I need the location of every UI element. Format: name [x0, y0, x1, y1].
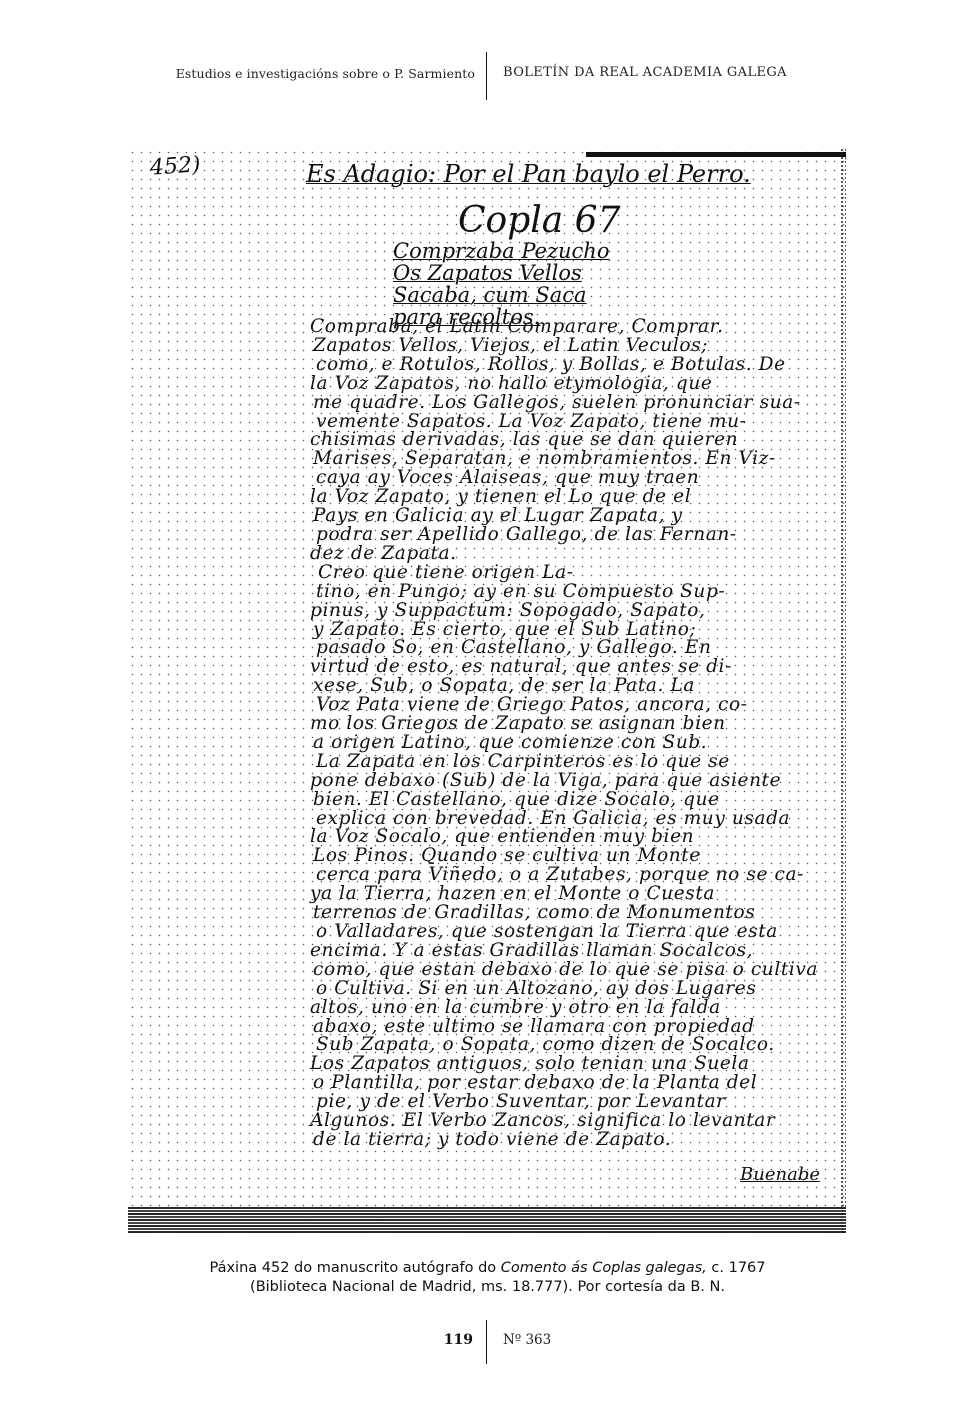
- commentary-line: Voz Pata viene de Griego Patos, ancora, …: [138, 696, 828, 715]
- commentary-line: Los Pinos. Quando se cultiva un Monte: [138, 847, 828, 866]
- commentary-line: como, e Rotulos, Rollos, y Bollas, e Bot…: [138, 356, 828, 375]
- manuscript-signature: Buenabe: [740, 1164, 820, 1185]
- caption-date: c. 1767: [707, 1260, 766, 1276]
- commentary-line: de la tierra; y todo viene de Zapato.: [138, 1131, 828, 1150]
- commentary-line: Compraba, el Latin Comparare, Comprar.: [138, 318, 828, 337]
- commentary-line: pone debaxo (Sub) de la Viga, para que a…: [138, 772, 828, 791]
- page-footer: 119 Nº 363: [0, 1320, 975, 1364]
- running-head-journal-title: BOLETÍN DA REAL ACADEMIA GALEGA: [503, 65, 787, 80]
- commentary-line: vemente Sapatos. La Voz Zapato, tiene mu…: [138, 413, 828, 432]
- commentary-line: pie, y de el Verbo Suventar, por Levanta…: [138, 1093, 828, 1112]
- commentary-line: Sub Zapata, o Sopata, como dizen de Soca…: [138, 1036, 828, 1055]
- commentary-line: a origen Latino, que comienze con Sub.: [138, 734, 828, 753]
- caption-line-1: Páxina 452 do manuscrito autógrafo do Co…: [0, 1259, 975, 1278]
- commentary-line: la Voz Zapatos, no hallo etymologia, que: [138, 375, 828, 394]
- manuscript-facsimile: 452) Es Adagio: Por el Pan baylo el Perr…: [128, 148, 846, 1233]
- commentary-line: podra ser Apellido Gallego, de las Ferna…: [138, 526, 828, 545]
- page-number: 119: [444, 1332, 473, 1348]
- issue-number: Nº 363: [503, 1332, 551, 1348]
- scan-edge-top: [586, 152, 846, 157]
- figure-caption: Páxina 452 do manuscrito autógrafo do Co…: [0, 1259, 975, 1297]
- manuscript-heading: Es Adagio: Por el Pan baylo el Perro.: [306, 160, 826, 188]
- commentary-line: xese, Sub, o Sopata, de ser la Pata. La: [138, 677, 828, 696]
- commentary-line: caya ay Voces Alaiseas, que muy traen: [138, 469, 828, 488]
- commentary-line: virtud de esto, es natural, que antes se…: [138, 658, 828, 677]
- commentary-line: altos, uno en la cumbre y otro en la fal…: [138, 999, 828, 1018]
- commentary-line: ya la Tierra, hazen en el Monte o Cuesta: [138, 885, 828, 904]
- manuscript-verse: Comprzaba Pezucho Os Zapatos Vellos Saca…: [393, 240, 713, 328]
- commentary-line: Zapatos Vellos, Viejos, el Latin Veculos…: [138, 337, 828, 356]
- footer-divider: [486, 1320, 487, 1364]
- commentary-line: Algunos. El Verbo Zancos, significa lo l…: [138, 1112, 828, 1131]
- commentary-line: chisimas derivadas, las que se dan quier…: [138, 431, 828, 450]
- commentary-line: dez de Zapata.: [138, 545, 828, 564]
- commentary-line: tino, en Pungo; ay en su Compuesto Sup-: [138, 583, 828, 602]
- manuscript-folio-number: 452): [149, 152, 201, 180]
- commentary-line: me quadre. Los Gallegos, suelen pronunci…: [138, 394, 828, 413]
- commentary-line: Marises, Separatan, e nombramientos. En …: [138, 450, 828, 469]
- commentary-line: encima. Y a estas Gradillas llaman Socal…: [138, 942, 828, 961]
- verse-line: Comprzaba Pezucho: [393, 240, 713, 262]
- caption-text: Páxina 452 do manuscrito autógrafo do: [209, 1260, 500, 1276]
- commentary-line: o Cultiva. Si en un Altozano, ay dos Lug…: [138, 980, 828, 999]
- verse-line: Sacaba, cum Saca: [393, 284, 713, 306]
- commentary-line: mo los Griegos de Zapato se asignan bien: [138, 715, 828, 734]
- verse-line: Os Zapatos Vellos: [393, 262, 713, 284]
- commentary-line: la Voz Socalo, que entienden muy bien: [138, 828, 828, 847]
- manuscript-commentary: Compraba, el Latin Comparare, Comprar.Za…: [138, 318, 828, 1150]
- commentary-line: abaxo, este ultimo se llamara con propie…: [138, 1018, 828, 1037]
- scan-edge-bottom: [128, 1207, 846, 1233]
- caption-work-title: Comento ás Coplas galegas,: [501, 1260, 707, 1276]
- commentary-line: Los Zapatos antiguos, solo tenian una Su…: [138, 1055, 828, 1074]
- commentary-line: como, que estan debaxo de lo que se pisa…: [138, 961, 828, 980]
- commentary-line: o Valladares, que sostengan la Tierra qu…: [138, 923, 828, 942]
- caption-line-2: (Biblioteca Nacional de Madrid, ms. 18.7…: [0, 1278, 975, 1297]
- commentary-line: pasado So, en Castellano, y Gallego. En: [138, 639, 828, 658]
- commentary-line: explica con brevedad. En Galicia, es muy…: [138, 810, 828, 829]
- commentary-line: La Zapata en los Carpinteros es lo que s…: [138, 753, 828, 772]
- manuscript-copla-title: Copla 67: [458, 200, 621, 241]
- scan-edge-right: [840, 148, 846, 1233]
- commentary-line: y Zapato. Es cierto, que el Sub Latino;: [138, 621, 828, 640]
- running-head-series-title: Estudios e investigacións sobre o P. Sar…: [176, 66, 475, 81]
- commentary-line: terrenos de Gradillas, como de Monumento…: [138, 904, 828, 923]
- commentary-line: la Voz Zapato, y tienen el Lo que de el: [138, 488, 828, 507]
- commentary-line: Creo que tiene origen La-: [138, 564, 828, 583]
- commentary-line: o Plantilla, por estar debaxo de la Plan…: [138, 1074, 828, 1093]
- commentary-line: pinus, y Suppactum: Sopogado, Sapato,: [138, 602, 828, 621]
- commentary-line: Pays en Galicia ay el Lugar Zapata, y: [138, 507, 828, 526]
- running-head: Estudios e investigacións sobre o P. Sar…: [0, 52, 975, 100]
- running-head-divider: [486, 52, 487, 100]
- commentary-line: bien. El Castellano, que dize Socalo, qu…: [138, 791, 828, 810]
- commentary-line: cerca para Viñedo, o a Zutabes, porque n…: [138, 866, 828, 885]
